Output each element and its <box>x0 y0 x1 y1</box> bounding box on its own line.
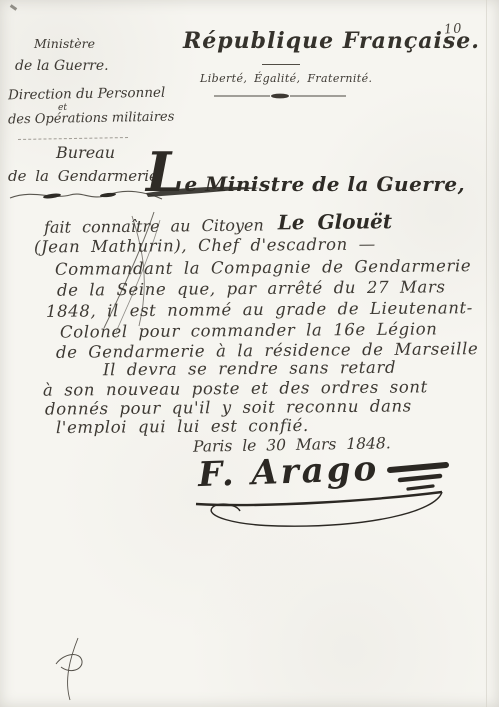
body-line: (Jean Mathurin), Chef d'escadron — <box>34 235 376 257</box>
signature-flourish <box>178 448 478 543</box>
scan-speck <box>10 4 17 10</box>
recipient-name: Le Glouët <box>278 209 393 234</box>
opening-line: Le Ministre de la Guerre, <box>146 146 465 210</box>
ministry-title-line1: Ministère <box>34 36 95 51</box>
ministry-bureau-line: Bureau <box>56 143 115 162</box>
bottom-pen-mark <box>44 634 108 704</box>
ministry-direction-line: Direction du Personnel <box>8 85 166 104</box>
ministry-dash-separator <box>18 137 128 140</box>
body-line: l'emploi qui lui est confié. <box>56 416 309 437</box>
ministry-operations-line: des Opérations militaires <box>8 110 175 128</box>
document-page: 10 Ministère de la Guerre. Direction du … <box>0 0 499 707</box>
header-rule <box>262 64 300 65</box>
paper-fold-line <box>486 0 487 707</box>
body-line: de la Seine que, par arrêté du 27 Mars <box>57 277 446 299</box>
body-line: Colonel pour commander la 16e Légion <box>60 319 438 341</box>
body-line-recipient: fait connaître au Citoyen Le Glouët <box>44 209 392 237</box>
republic-title: République Française. <box>183 28 480 54</box>
opening-flourish-stroke <box>146 183 262 199</box>
motto-line: Liberté, Égalité, Fraternité. <box>200 72 372 85</box>
body-line: Il devra se rendre sans retard <box>103 358 396 380</box>
body-line: 1848, il est nommé au grade de Lieutenan… <box>46 298 473 321</box>
recipient-prefix: fait connaître au Citoyen <box>44 216 264 237</box>
ministry-gendarmerie-line: de la Gendarmerie <box>8 167 158 185</box>
ornament-divider <box>214 93 346 99</box>
body-line: Commandant la Compagnie de Gendarmerie <box>55 256 471 279</box>
body-line: donnés pour qu'il y soit reconnu dans <box>45 396 412 418</box>
ministry-title-line2: de la Guerre. <box>15 58 109 74</box>
